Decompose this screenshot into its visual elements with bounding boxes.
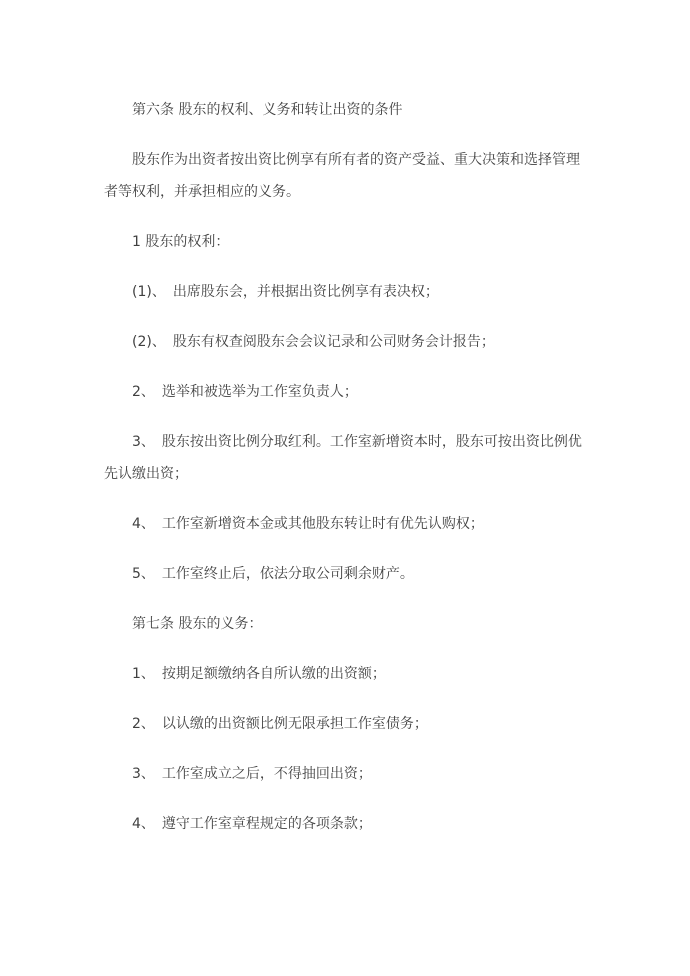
- paragraph-duty-item-2: 2、 以认缴的出资额比例无限承担工作室债务；: [104, 708, 591, 740]
- paragraph-shareholder-rights-heading: 1 股东的权利：: [104, 226, 591, 258]
- paragraph-right-item-5: 4、 工作室新增资本金或其他股东转让时有优先认购权；: [104, 508, 591, 540]
- paragraph-duty-item-1: 1、 按期足额缴纳各自所认缴的出资额；: [104, 658, 591, 690]
- document-page: 第六条 股东的权利、义务和转让出资的条件 股东作为出资者按出资比例享有所有者的资…: [0, 0, 690, 976]
- paragraph-article-6-intro: 股东作为出资者按出资比例享有所有者的资产受益、重大决策和选择管理者等权利，并承担…: [104, 144, 591, 208]
- paragraph-right-item-3: 2、 选举和被选举为工作室负责人；: [104, 376, 591, 408]
- paragraph-right-item-1: (1)、 出席股东会，并根据出资比例享有表决权；: [104, 276, 591, 308]
- document-body: 第六条 股东的权利、义务和转让出资的条件 股东作为出资者按出资比例享有所有者的资…: [0, 0, 690, 840]
- paragraph-article-6-title: 第六条 股东的权利、义务和转让出资的条件: [104, 94, 591, 126]
- paragraph-article-7-title: 第七条 股东的义务：: [104, 608, 591, 640]
- paragraph-right-item-6: 5、 工作室终止后，依法分取公司剩余财产。: [104, 558, 591, 590]
- paragraph-duty-item-3: 3、 工作室成立之后，不得抽回出资；: [104, 758, 591, 790]
- paragraph-duty-item-4: 4、 遵守工作室章程规定的各项条款；: [104, 808, 591, 840]
- paragraph-right-item-2: (2)、 股东有权查阅股东会会议记录和公司财务会计报告；: [104, 326, 591, 358]
- paragraph-right-item-4: 3、 股东按出资比例分取红利。工作室新增资本时，股东可按出资比例优先认缴出资；: [104, 426, 591, 490]
